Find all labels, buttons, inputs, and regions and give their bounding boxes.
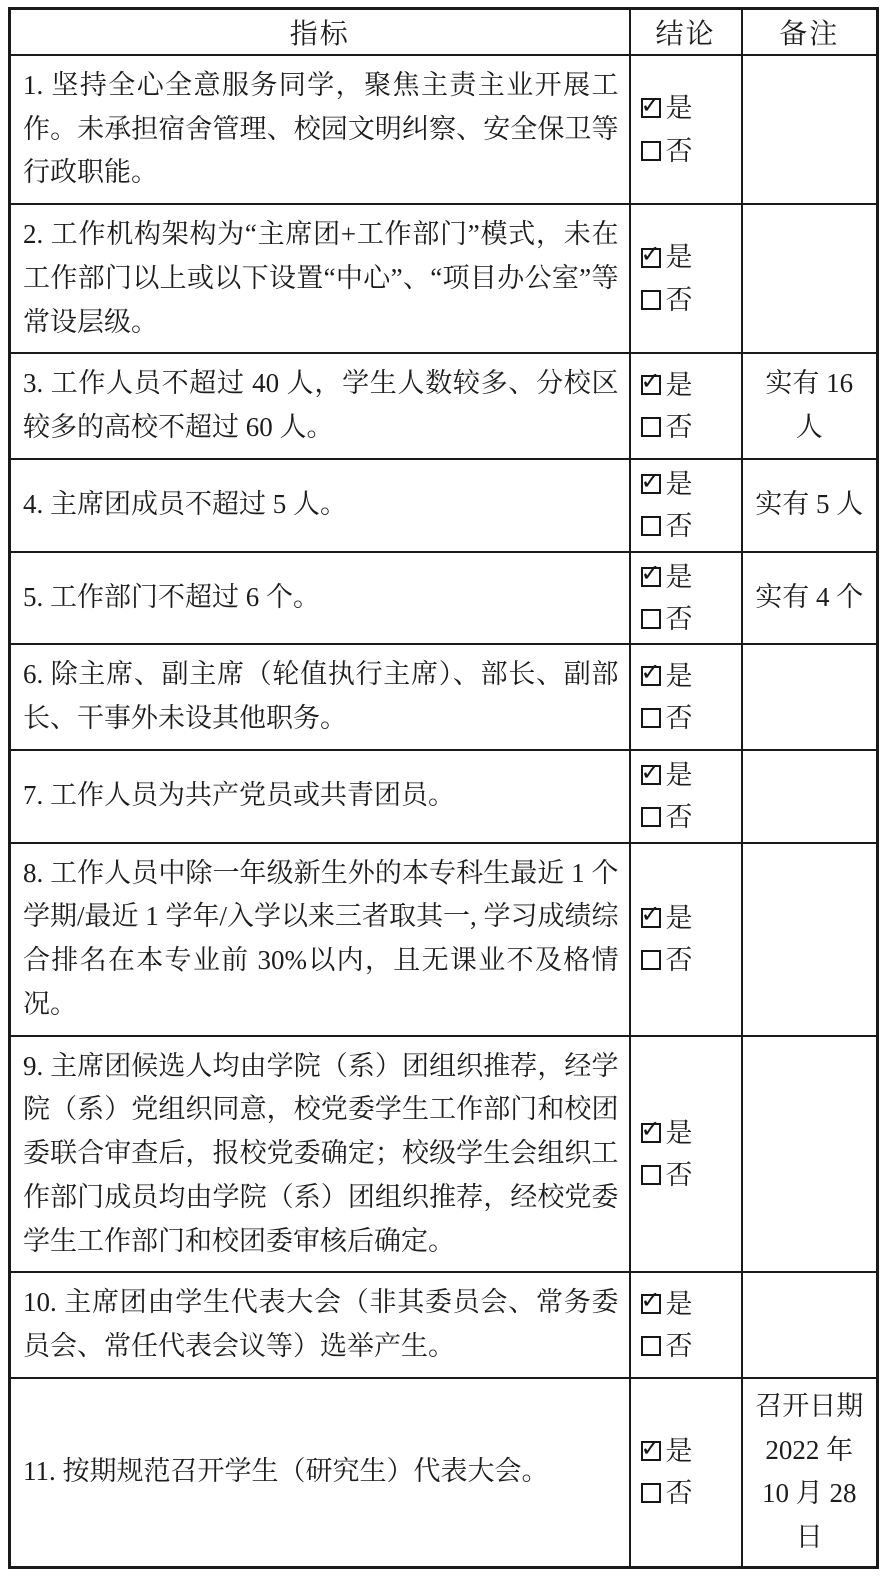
no-checkbox-icon[interactable]: ✓ xyxy=(641,950,661,970)
check-mark-icon: ✓ xyxy=(640,1437,660,1461)
conclusion-options: ✓ 是 ✓ 否 xyxy=(641,660,737,735)
yes-option[interactable]: ✓ 是 xyxy=(641,1435,737,1467)
conclusion-options: ✓ 是 ✓ 否 xyxy=(641,369,737,444)
indicator-cell: 4. 主席团成员不超过 5 人。 xyxy=(10,459,630,552)
conclusion-cell: ✓ 是 ✓ 否 xyxy=(630,459,742,552)
no-option[interactable]: ✓ 否 xyxy=(641,702,737,734)
no-option-label: 否 xyxy=(666,1477,693,1509)
header-row: 指标 结论 备注 xyxy=(10,9,878,56)
indicator-text: 11. 按期规范召开学生（研究生）代表大会。 xyxy=(23,1456,549,1486)
yes-option-label: 是 xyxy=(666,561,693,593)
check-mark-icon: ✓ xyxy=(640,1118,660,1142)
table-row: 3. 工作人员不超过 40 人，学生人数较多、分校区较多的高校不超过 60 人。… xyxy=(10,353,878,458)
no-option-label: 否 xyxy=(666,944,693,976)
conclusion-options: ✓ 是 ✓ 否 xyxy=(641,561,737,636)
conclusion-options: ✓ 是 ✓ 否 xyxy=(641,1117,737,1192)
check-mark-icon: ✓ xyxy=(640,1289,660,1313)
indicator-text: 9. 主席团候选人均由学院（系）团组织推荐，经学院（系）党组织同意，校党委学生工… xyxy=(23,1051,619,1256)
yes-checkbox-icon[interactable]: ✓ xyxy=(641,765,661,785)
remark-cell xyxy=(742,750,878,843)
remark-cell xyxy=(742,1272,878,1377)
check-mark-icon: ✓ xyxy=(640,661,660,685)
indicator-cell: 8. 工作人员中除一年级新生外的本专科生最近 1 个学期/最近 1 学年/入学以… xyxy=(10,843,630,1036)
remark-cell xyxy=(742,55,878,204)
yes-option[interactable]: ✓ 是 xyxy=(641,92,737,124)
yes-option-label: 是 xyxy=(666,902,693,934)
remark-text: 实有 16 人 xyxy=(765,368,853,442)
yes-checkbox-icon[interactable]: ✓ xyxy=(641,1294,661,1314)
indicator-text: 7. 工作人员为共产党员或共青团员。 xyxy=(23,780,455,810)
check-mark-icon: ✓ xyxy=(640,761,660,785)
indicator-cell: 9. 主席团候选人均由学院（系）团组织推荐，经学院（系）党组织同意，校党委学生工… xyxy=(10,1036,630,1273)
no-option[interactable]: ✓ 否 xyxy=(641,510,737,542)
no-option-label: 否 xyxy=(666,1159,693,1191)
conclusion-cell: ✓ 是 ✓ 否 xyxy=(630,843,742,1036)
table-row: 11. 按期规范召开学生（研究生）代表大会。 ✓ 是 ✓ 否 召开日期 2022… xyxy=(10,1378,878,1567)
yes-option-label: 是 xyxy=(666,241,693,273)
table-row: 8. 工作人员中除一年级新生外的本专科生最近 1 个学期/最近 1 学年/入学以… xyxy=(10,843,878,1036)
check-mark-icon: ✓ xyxy=(640,562,660,586)
remark-text: 实有 5 人 xyxy=(755,489,863,519)
checklist-body: 1. 坚持全心全意服务同学，聚焦主责主业开展工作。未承担宿舍管理、校园文明纠察、… xyxy=(10,55,878,1567)
remark-cell xyxy=(742,843,878,1036)
remark-cell: 实有 5 人 xyxy=(742,459,878,552)
table-row: 9. 主席团候选人均由学院（系）团组织推荐，经学院（系）党组织同意，校党委学生工… xyxy=(10,1036,878,1273)
yes-option[interactable]: ✓ 是 xyxy=(641,369,737,401)
yes-option[interactable]: ✓ 是 xyxy=(641,660,737,692)
yes-option[interactable]: ✓ 是 xyxy=(641,1288,737,1320)
yes-option-label: 是 xyxy=(666,759,693,791)
conclusion-cell: ✓ 是 ✓ 否 xyxy=(630,55,742,204)
table-row: 7. 工作人员为共产党员或共青团员。 ✓ 是 ✓ 否 xyxy=(10,750,878,843)
no-checkbox-icon[interactable]: ✓ xyxy=(641,708,661,728)
indicator-text: 10. 主席团由学生代表大会（非其委员会、常务委员会、常任代表会议等）选举产生。 xyxy=(23,1287,619,1361)
no-option[interactable]: ✓ 否 xyxy=(641,801,737,833)
check-mark-icon: ✓ xyxy=(640,243,660,267)
no-option[interactable]: ✓ 否 xyxy=(641,411,737,443)
no-option-label: 否 xyxy=(666,1330,693,1362)
yes-checkbox-icon[interactable]: ✓ xyxy=(641,375,661,395)
column-header-conclusion: 结论 xyxy=(630,9,742,56)
table-header: 指标 结论 备注 xyxy=(10,9,878,56)
conclusion-cell: ✓ 是 ✓ 否 xyxy=(630,1272,742,1377)
indicator-cell: 10. 主席团由学生代表大会（非其委员会、常务委员会、常任代表会议等）选举产生。 xyxy=(10,1272,630,1377)
table-row: 5. 工作部门不超过 6 个。 ✓ 是 ✓ 否 实有 4 个 xyxy=(10,552,878,645)
indicator-text: 3. 工作人员不超过 40 人，学生人数较多、分校区较多的高校不超过 60 人。 xyxy=(23,368,619,442)
no-option[interactable]: ✓ 否 xyxy=(641,135,737,167)
conclusion-options: ✓ 是 ✓ 否 xyxy=(641,1435,737,1510)
no-option[interactable]: ✓ 否 xyxy=(641,1477,737,1509)
yes-checkbox-icon[interactable]: ✓ xyxy=(641,1123,661,1143)
yes-option-label: 是 xyxy=(666,1435,693,1467)
remark-cell xyxy=(742,1036,878,1273)
yes-option-label: 是 xyxy=(666,1117,693,1149)
yes-option[interactable]: ✓ 是 xyxy=(641,902,737,934)
indicator-text: 4. 主席团成员不超过 5 人。 xyxy=(23,489,347,519)
yes-checkbox-icon[interactable]: ✓ xyxy=(641,567,661,587)
yes-option[interactable]: ✓ 是 xyxy=(641,241,737,273)
yes-option-label: 是 xyxy=(666,92,693,124)
conclusion-cell: ✓ 是 ✓ 否 xyxy=(630,1036,742,1273)
table-row: 4. 主席团成员不超过 5 人。 ✓ 是 ✓ 否 实有 5 人 xyxy=(10,459,878,552)
indicator-cell: 6. 除主席、副主席（轮值执行主席）、部长、副部长、干事外未设其他职务。 xyxy=(10,644,630,749)
conclusion-cell: ✓ 是 ✓ 否 xyxy=(630,1378,742,1567)
table-row: 6. 除主席、副主席（轮值执行主席）、部长、副部长、干事外未设其他职务。 ✓ 是… xyxy=(10,644,878,749)
yes-checkbox-icon[interactable]: ✓ xyxy=(641,474,661,494)
yes-option-label: 是 xyxy=(666,369,693,401)
column-header-remark: 备注 xyxy=(742,9,878,56)
remark-text: 实有 4 个 xyxy=(755,582,863,612)
yes-checkbox-icon[interactable]: ✓ xyxy=(641,908,661,928)
indicator-text: 8. 工作人员中除一年级新生外的本专科生最近 1 个学期/最近 1 学年/入学以… xyxy=(23,858,619,1019)
indicator-cell: 1. 坚持全心全意服务同学，聚焦主责主业开展工作。未承担宿舍管理、校园文明纠察、… xyxy=(10,55,630,204)
no-option-label: 否 xyxy=(666,284,693,316)
table-row: 10. 主席团由学生代表大会（非其委员会、常务委员会、常任代表会议等）选举产生。… xyxy=(10,1272,878,1377)
no-checkbox-icon[interactable]: ✓ xyxy=(641,1336,661,1356)
yes-option[interactable]: ✓ 是 xyxy=(641,759,737,791)
check-mark-icon: ✓ xyxy=(640,370,660,394)
no-option[interactable]: ✓ 否 xyxy=(641,603,737,635)
no-option-label: 否 xyxy=(666,510,693,542)
remark-cell: 召开日期 2022 年 10 月 28 日 xyxy=(742,1378,878,1567)
conclusion-options: ✓ 是 ✓ 否 xyxy=(641,759,737,834)
conclusion-cell: ✓ 是 ✓ 否 xyxy=(630,644,742,749)
conclusion-cell: ✓ 是 ✓ 否 xyxy=(630,552,742,645)
no-option-label: 否 xyxy=(666,801,693,833)
no-option[interactable]: ✓ 否 xyxy=(641,284,737,316)
indicator-cell: 2. 工作机构架构为“主席团+工作部门”模式，未在工作部门以上或以下设置“中心”… xyxy=(10,204,630,353)
yes-option[interactable]: ✓ 是 xyxy=(641,468,737,500)
yes-checkbox-icon[interactable]: ✓ xyxy=(641,1441,661,1461)
remark-cell xyxy=(742,644,878,749)
column-header-indicator: 指标 xyxy=(10,9,630,56)
no-option-label: 否 xyxy=(666,702,693,734)
no-checkbox-icon[interactable]: ✓ xyxy=(641,807,661,827)
indicator-cell: 5. 工作部门不超过 6 个。 xyxy=(10,552,630,645)
conclusion-options: ✓ 是 ✓ 否 xyxy=(641,1288,737,1363)
conclusion-options: ✓ 是 ✓ 否 xyxy=(641,468,737,543)
no-checkbox-icon[interactable]: ✓ xyxy=(641,516,661,536)
no-option[interactable]: ✓ 否 xyxy=(641,1330,737,1362)
remark-cell: 实有 16 人 xyxy=(742,353,878,458)
table-row: 2. 工作机构架构为“主席团+工作部门”模式，未在工作部门以上或以下设置“中心”… xyxy=(10,204,878,353)
yes-checkbox-icon[interactable]: ✓ xyxy=(641,248,661,268)
no-option[interactable]: ✓ 否 xyxy=(641,1159,737,1191)
conclusion-cell: ✓ 是 ✓ 否 xyxy=(630,204,742,353)
indicator-text: 1. 坚持全心全意服务同学，聚焦主责主业开展工作。未承担宿舍管理、校园文明纠察、… xyxy=(23,70,619,187)
remark-cell: 实有 4 个 xyxy=(742,552,878,645)
indicator-cell: 3. 工作人员不超过 40 人，学生人数较多、分校区较多的高校不超过 60 人。 xyxy=(10,353,630,458)
indicator-cell: 11. 按期规范召开学生（研究生）代表大会。 xyxy=(10,1378,630,1567)
no-checkbox-icon[interactable]: ✓ xyxy=(641,1483,661,1503)
indicator-text: 5. 工作部门不超过 6 个。 xyxy=(23,582,320,612)
conclusion-cell: ✓ 是 ✓ 否 xyxy=(630,750,742,843)
conclusion-options: ✓ 是 ✓ 否 xyxy=(641,92,737,167)
check-mark-icon: ✓ xyxy=(640,94,660,118)
indicator-text: 2. 工作机构架构为“主席团+工作部门”模式，未在工作部门以上或以下设置“中心”… xyxy=(23,219,619,336)
table-row: 1. 坚持全心全意服务同学，聚焦主责主业开展工作。未承担宿舍管理、校园文明纠察、… xyxy=(10,55,878,204)
conclusion-options: ✓ 是 ✓ 否 xyxy=(641,241,737,316)
no-option-label: 否 xyxy=(666,603,693,635)
no-checkbox-icon[interactable]: ✓ xyxy=(641,290,661,310)
remark-text: 召开日期 2022 年 10 月 28 日 xyxy=(755,1391,863,1552)
no-checkbox-icon[interactable]: ✓ xyxy=(641,141,661,161)
conclusion-cell: ✓ 是 ✓ 否 xyxy=(630,353,742,458)
document-page: 指标 结论 备注 1. 坚持全心全意服务同学，聚焦主责主业开展工作。未承担宿舍管… xyxy=(0,0,884,1576)
no-option[interactable]: ✓ 否 xyxy=(641,944,737,976)
yes-checkbox-icon[interactable]: ✓ xyxy=(641,666,661,686)
check-mark-icon: ✓ xyxy=(640,903,660,927)
no-option-label: 否 xyxy=(666,135,693,167)
yes-checkbox-icon[interactable]: ✓ xyxy=(641,98,661,118)
no-option-label: 否 xyxy=(666,411,693,443)
yes-option-label: 是 xyxy=(666,660,693,692)
conclusion-options: ✓ 是 ✓ 否 xyxy=(641,902,737,977)
check-mark-icon: ✓ xyxy=(640,470,660,494)
checklist-table: 指标 结论 备注 1. 坚持全心全意服务同学，聚焦主责主业开展工作。未承担宿舍管… xyxy=(8,7,879,1569)
yes-option[interactable]: ✓ 是 xyxy=(641,561,737,593)
yes-option-label: 是 xyxy=(666,468,693,500)
yes-option[interactable]: ✓ 是 xyxy=(641,1117,737,1149)
indicator-text: 6. 除主席、副主席（轮值执行主席）、部长、副部长、干事外未设其他职务。 xyxy=(23,659,619,733)
no-checkbox-icon[interactable]: ✓ xyxy=(641,417,661,437)
indicator-cell: 7. 工作人员为共产党员或共青团员。 xyxy=(10,750,630,843)
yes-option-label: 是 xyxy=(666,1288,693,1320)
no-checkbox-icon[interactable]: ✓ xyxy=(641,1165,661,1185)
remark-cell xyxy=(742,204,878,353)
no-checkbox-icon[interactable]: ✓ xyxy=(641,609,661,629)
